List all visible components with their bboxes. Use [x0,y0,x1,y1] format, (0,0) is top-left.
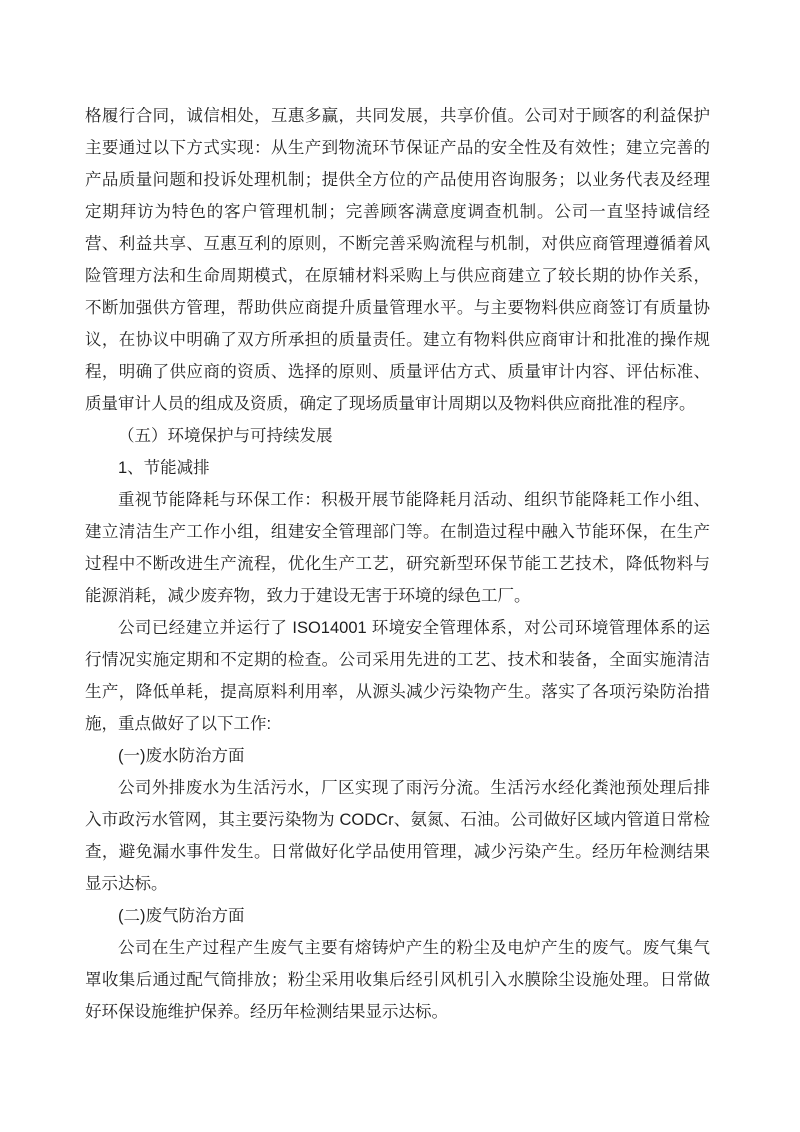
paragraph-iso14001: 公司已经建立并运行了 ISO14001 环境安全管理体系，对公司环境管理体系的运… [85,612,710,740]
paragraph-wastewater: 公司外排废水为生活污水，厂区实现了雨污分流。生活污水经化粪池预处理后排入市政污水… [85,772,710,900]
document-page: 格履行合同，诚信相处，互惠多赢，共同发展，共享价值。公司对于顾客的利益保护主要通… [0,0,800,1132]
sub-heading-wastewater: (一)废水防治方面 [85,740,710,772]
paragraph-continuation: 格履行合同，诚信相处，互惠多赢，共同发展，共享价值。公司对于顾客的利益保护主要通… [85,100,710,420]
paragraph-energy-saving: 重视节能降耗与环保工作：积极开展节能降耗月活动、组织节能降耗工作小组、建立清洁生… [85,484,710,612]
paragraph-waste-gas: 公司在生产过程产生废气主要有熔铸炉产生的粉尘及电炉产生的废气。废气集气罩收集后通… [85,932,710,1028]
sub-heading-waste-gas: (二)废气防治方面 [85,900,710,932]
section-heading-environment: （五）环境保护与可持续发展 [85,420,710,452]
numbered-heading-energy-saving: 1、节能减排 [85,452,710,484]
